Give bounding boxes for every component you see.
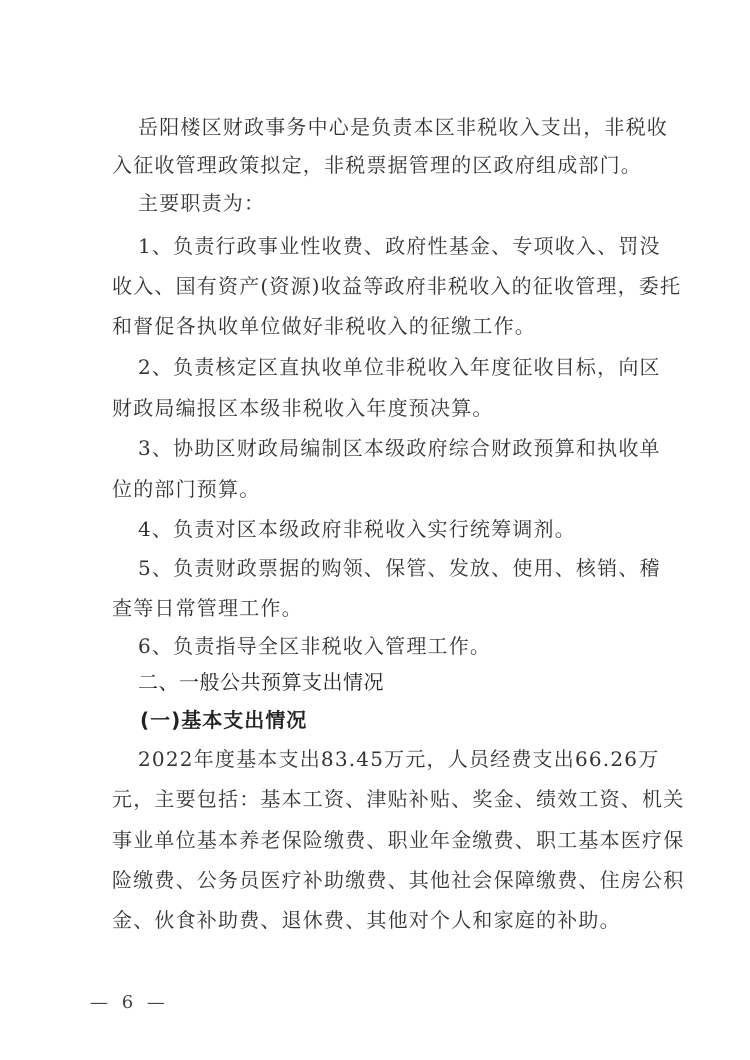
expenditure-line-4: 险缴费、公务员医疗补助缴费、其他社会保障缴费、住房公积 — [112, 866, 684, 894]
document-page: 岳阳楼区财政事务中心是负责本区非税收入支出，非税收 入征收管理政策拟定，非税票据… — [0, 0, 750, 1060]
page-number: — 6 — — [90, 992, 169, 1013]
duty-3-line-2: 位的部门预算。 — [112, 475, 260, 503]
duty-5-line-1: 5、负责财政票据的购领、保管、发放、使用、核销、稽 — [138, 554, 661, 582]
intro-line-1: 岳阳楼区财政事务中心是负责本区非税收入支出，非税收 — [138, 113, 668, 141]
section-heading: 二、一般公共预算支出情况 — [138, 668, 384, 696]
duty-2-line-2: 财政局编报区本级非税收入年度预决算。 — [112, 394, 494, 422]
duty-1-line-2: 收入、国有资产(资源)收益等政府非税收入的征收管理，委托 — [112, 272, 681, 300]
duty-1-line-1: 1、负责行政事业性收费、政府性基金、专项收入、罚没 — [138, 232, 661, 260]
intro-line-2: 入征收管理政策拟定，非税票据管理的区政府组成部门。 — [112, 151, 642, 179]
duty-6-line-1: 6、负责指导全区非税收入管理工作。 — [138, 632, 491, 660]
duty-5-line-2: 查等日常管理工作。 — [112, 594, 303, 622]
duty-1-line-3: 和督促各执收单位做好非税收入的征缴工作。 — [112, 312, 536, 340]
duties-label: 主要职责为： — [138, 189, 265, 217]
duty-4-line-1: 4、负责对区本级政府非税收入实行统筹调剂。 — [138, 515, 576, 543]
expenditure-line-1: 2022年度基本支出83.45万元，人员经费支出66.26万 — [138, 745, 659, 773]
expenditure-line-5: 金、伙食补助费、退休费、其他对个人和家庭的补助。 — [112, 906, 621, 934]
duty-2-line-1: 2、负责核定区直执收单位非税收入年度征收目标，向区 — [138, 353, 661, 381]
expenditure-line-2: 元，主要包括：基本工资、津贴补贴、奖金、绩效工资、机关 — [112, 785, 684, 813]
subsection-heading: (一)基本支出情况 — [140, 706, 307, 734]
expenditure-line-3: 事业单位基本养老保险缴费、职业年金缴费、职工基本医疗保 — [112, 826, 684, 854]
duty-3-line-1: 3、协助区财政局编制区本级政府综合财政预算和执收单 — [138, 434, 661, 462]
